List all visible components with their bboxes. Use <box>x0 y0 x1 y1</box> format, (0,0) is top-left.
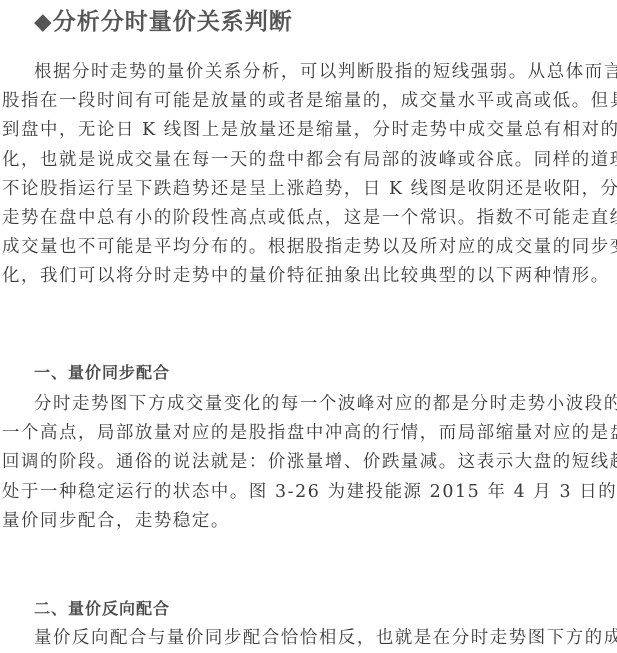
paragraph-line: 化，也就是说成交量在每一天的盘中都会有局部的波峰或谷底。同样的道理， <box>2 146 614 175</box>
paragraph-line: 不论股指运行呈下跌趋势还是呈上涨趋势，日 K 线图是收阴还是收阳，分时 <box>2 175 614 204</box>
paragraph-line: 处于一种稳定运行的状态中。图 3-26 为建投能源 2015 年 4 月 3 日… <box>2 478 614 507</box>
paragraph-line: 量价同步配合，走势稳定。 <box>2 507 614 536</box>
sync-paragraph: 分时走势图下方成交量变化的每一个波峰对应的都是分时走势小波段的每 一个高点，局部… <box>2 390 614 536</box>
paragraph-line: 股指在一段时间有可能是放量的或者是缩量的，成交量水平或高或低。但具体 <box>2 87 614 116</box>
paragraph-line: 一个高点，局部放量对应的是股指盘中冲高的行情，而局部缩量对应的是盘中 <box>2 419 614 448</box>
subheading-sync: 一、量价同步配合 <box>34 360 170 383</box>
paragraph-line: 根据分时走势的量价关系分析，可以判断股指的短线强弱。从总体而言， <box>2 58 614 87</box>
paragraph-line: 化，我们可以将分时走势中的量价特征抽象出比较典型的以下两种情形。 <box>2 262 614 291</box>
paragraph-line: 走势在盘中总有小的阶段性高点或低点，这是一个常识。指数不可能走直线， <box>2 204 614 233</box>
inverse-paragraph: 量价反向配合与量价同步配合恰恰相反，也就是在分时走势图下方的成交 <box>2 624 614 653</box>
subheading-inverse: 二、量价反向配合 <box>34 596 170 619</box>
paragraph-line: 到盘中，无论日 K 线图上是放量还是缩量，分时走势中成交量总有相对的变 <box>2 116 614 145</box>
paragraph-line: 成交量也不可能是平均分布的。根据股指走势以及所对应的成交量的同步变 <box>2 233 614 262</box>
intro-paragraph: 根据分时走势的量价关系分析，可以判断股指的短线强弱。从总体而言， 股指在一段时间… <box>2 58 614 292</box>
paragraph-line: 量价反向配合与量价同步配合恰恰相反，也就是在分时走势图下方的成交 <box>2 624 614 653</box>
paragraph-line: 分时走势图下方成交量变化的每一个波峰对应的都是分时走势小波段的每 <box>2 390 614 419</box>
section-title: ◆分析分时量价关系判断 <box>34 3 293 36</box>
paragraph-line: 回调的阶段。通俗的说法就是：价涨量增、价跌量减。这表示大盘的短线趋势 <box>2 448 614 477</box>
